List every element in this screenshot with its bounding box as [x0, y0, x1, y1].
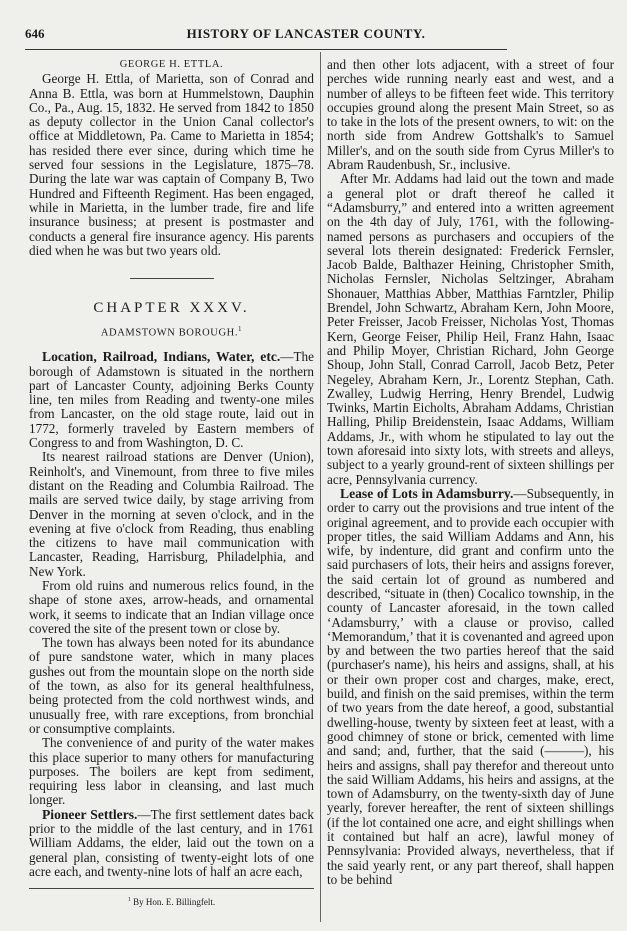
header-rule [25, 49, 507, 50]
footnote-rule [29, 888, 314, 889]
book-page: 646 HISTORY OF LANCASTER COUNTY. GEORGE … [0, 0, 627, 931]
chapter-title: CHAPTER XXXV. [29, 301, 314, 315]
section-separator [130, 278, 214, 279]
bio-paragraph: George H. Ettla, of Marietta, son of Con… [29, 72, 314, 258]
bio-heading: GEORGE H. ETTLA. [29, 58, 314, 72]
section-text-lease-of-lots: —Subsequently, in order to carry out the… [327, 486, 614, 887]
paragraph-relics: From old ruins and numerous relics found… [29, 579, 314, 636]
paragraph-railroad: Its nearest railroad stations are Denver… [29, 450, 314, 579]
running-title: HISTORY OF LANCASTER COUNTY. [25, 26, 507, 42]
paragraph-agreement: After Mr. Addams had laid out the town a… [327, 172, 614, 487]
section-lease-of-lots: Lease of Lots in Adamsburry.—Subsequentl… [327, 487, 614, 887]
paragraph-continued: and then other lots adjacent, with a str… [327, 58, 614, 172]
paragraph-convenience: The convenience of and purity of the wat… [29, 736, 314, 807]
footnote: 1 By Hon. E. Billingfelt. [29, 897, 314, 907]
footnote-mark: 1 [128, 897, 131, 903]
section-location: Location, Railroad, Indians, Water, etc.… [29, 350, 314, 450]
chapter-subtitle-text: ADAMSTOWN BOROUGH. [101, 328, 238, 339]
right-column: and then other lots adjacent, with a str… [327, 58, 614, 887]
section-pioneer-settlers: Pioneer Settlers.—The first settlement d… [29, 808, 314, 879]
section-heading-lease-of-lots: Lease of Lots in Adamsburry. [340, 486, 513, 501]
left-column: GEORGE H. ETTLA. George H. Ettla, of Mar… [29, 58, 314, 879]
footnote-reference: 1 [238, 325, 242, 333]
section-text-location: —The borough of Adamstown is situated in… [29, 349, 314, 450]
page-header: 646 HISTORY OF LANCASTER COUNTY. [25, 26, 507, 46]
paragraph-water: The town has always been noted for its a… [29, 636, 314, 736]
section-heading-location: Location, Railroad, Indians, Water, etc. [42, 349, 280, 364]
chapter-subtitle: ADAMSTOWN BOROUGH.1 [29, 322, 314, 341]
footnote-text: By Hon. E. Billingfelt. [133, 897, 215, 907]
column-divider [320, 52, 321, 922]
section-heading-pioneer-settlers: Pioneer Settlers. [42, 807, 137, 822]
